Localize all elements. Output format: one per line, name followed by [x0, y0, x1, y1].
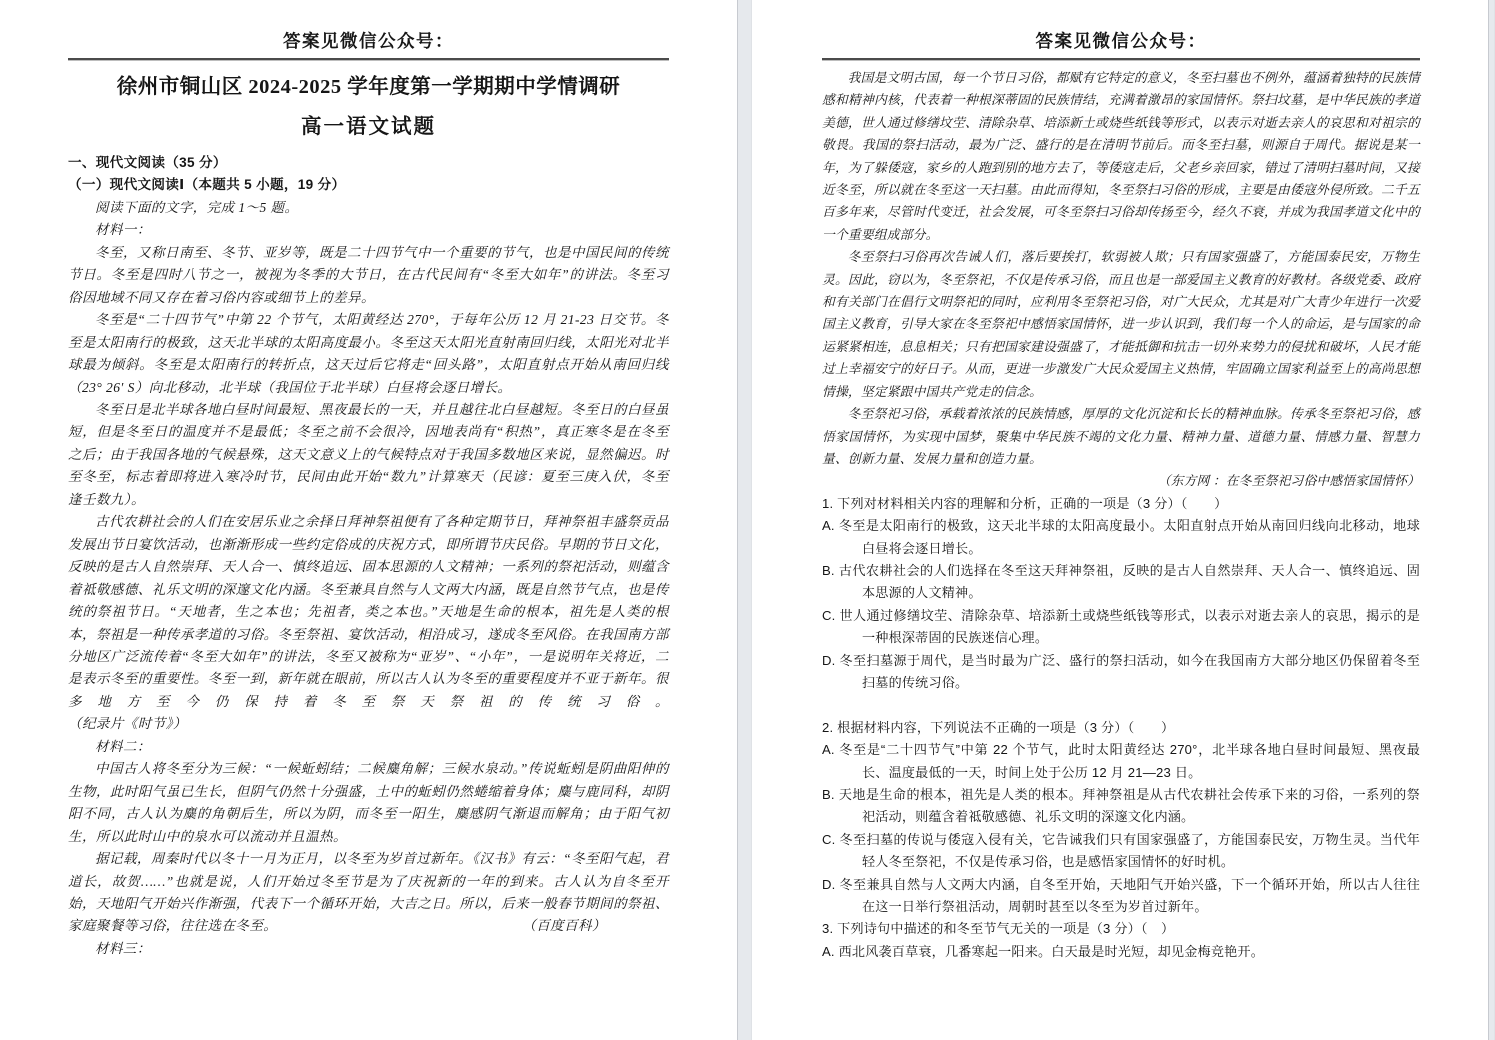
question-2-option-d: D. 冬至兼具自然与人文两大内涵，自冬至开始，天地阳气开始兴盛，下一个循环开始，… — [822, 874, 1420, 919]
material-1-paragraph-2: 冬至是“二十四节气”中第 22 个节气，太阳黄经达 270°，于每年公历 12 … — [68, 309, 669, 399]
question-1-option-d: D. 冬至扫墓源于周代，是当时最为广泛、盛行的祭扫活动，如今在我国南方大部分地区… — [822, 650, 1420, 695]
material-2-source: （百度百科） — [495, 915, 606, 937]
material-1-source: （纪录片《时节》） — [68, 713, 669, 735]
page-gap — [737, 0, 752, 1040]
question-2-option-b: B. 天地是生命的根本，祖先是人类的根本。拜神祭祖是从古代农耕社会传承下来的习俗… — [822, 784, 1420, 829]
header-rule-right — [822, 58, 1420, 61]
wechat-notice-left: 答案见微信公众号： — [68, 30, 669, 52]
material-3-source: （东方网 ：在冬至祭祀习俗中感悟家国情怀） — [822, 470, 1420, 492]
reading-instruction: 阅读下面的文字，完成 1～5 题。 — [68, 197, 669, 219]
question-1-option-c: C. 世人通过修缮坟茔、清除杂草、培添新土或烧些纸钱等形式，以表示对逝去亲人的哀… — [822, 605, 1420, 650]
material-1-label: 材料一： — [68, 219, 669, 241]
exam-page-left: 答案见微信公众号： 徐州市铜山区 2024-2025 学年度第一学期期中学情调研… — [0, 0, 737, 1040]
material-1-paragraph-3: 冬至日是北半球各地白昼时间最短、黑夜最长的一天，并且越往北白昼越短。冬至日的白昼… — [68, 399, 669, 511]
exam-title: 徐州市铜山区 2024-2025 学年度第一学期期中学情调研 — [68, 74, 669, 100]
right-page-edge — [1488, 0, 1495, 1040]
material-3-paragraph-3: 冬至祭祀习俗，承载着浓浓的民族情感，厚厚的文化沉淀和长长的精神血脉。传承冬至祭祀… — [822, 403, 1420, 470]
subsection-heading-reading-1: （一）现代文阅读Ⅰ（本题共 5 小题，19 分） — [68, 174, 669, 196]
wechat-notice-right: 答案见微信公众号： — [822, 30, 1420, 52]
header-rule-left — [68, 58, 669, 61]
material-3-paragraph-1: 我国是文明古国，每一个节日习俗，都赋有它特定的意义，冬至扫墓也不例外，蕴涵着独特… — [822, 67, 1420, 246]
section-heading-modern-reading: 一、现代文阅读（35 分） — [68, 152, 669, 174]
material-3-paragraph-2: 冬至祭扫习俗再次告诫人们，落后要挨打，软弱被人欺；只有国家强盛了，方能国泰民安，… — [822, 246, 1420, 403]
question-1-option-a: A. 冬至是太阳南行的极致，这天北半球的太阳高度最小。太阳直射点开始从南回归线向… — [822, 515, 1420, 560]
question-2-stem: 2. 根据材料内容，下列说法不正确的一项是（3 分）（ ） — [822, 717, 1420, 739]
material-2-paragraph-1: 中国古人将冬至分为三候：“一候蚯蚓结；二候麋角解；三候水泉动。”传说蚯蚓是阴曲阳… — [68, 758, 669, 848]
material-2-paragraph-2: 据记载，周秦时代以冬十一月为正月，以冬至为岁首过新年。《汉书》有云：“冬至阳气起… — [68, 848, 669, 938]
exam-page-right: 答案见微信公众号： 我国是文明古国，每一个节日习俗，都赋有它特定的意义，冬至扫墓… — [752, 0, 1488, 1040]
material-2-label: 材料二： — [68, 736, 669, 758]
question-3-stem: 3. 下列诗句中描述的和冬至节气无关的一项是（3 分）（ ） — [822, 918, 1420, 940]
question-1-option-b: B. 古代农耕社会的人们选择在冬至这天拜神祭祖，反映的是古人自然崇拜、天人合一、… — [822, 560, 1420, 605]
question-1-stem: 1. 下列对材料相关内容的理解和分析，正确的一项是（3 分）（ ） — [822, 493, 1420, 515]
question-2-option-a: A. 冬至是“二十四节气”中第 22 个节气，此时太阳黄经达 270°，北半球各… — [822, 739, 1420, 784]
material-1-paragraph-4: 古代农耕社会的人们在安居乐业之余择日拜神祭祖便有了各种定期节日，拜神祭祖丰盛祭贡… — [68, 511, 669, 713]
exam-subtitle: 高一语文试题 — [68, 114, 669, 140]
question-3-option-a: A. 西北风袭百草衰，几番寒起一阳来。白天最是时光短，却见金梅竞艳开。 — [822, 941, 1420, 963]
material-3-label: 材料三： — [68, 938, 669, 960]
question-2-option-c: C. 冬至扫墓的传说与倭寇入侵有关，它告诫我们只有国家强盛了，方能国泰民安，万物… — [822, 829, 1420, 874]
material-1-paragraph-1: 冬至，又称日南至、冬节、亚岁等，既是二十四节气中一个重要的节气，也是中国民间的传… — [68, 242, 669, 309]
